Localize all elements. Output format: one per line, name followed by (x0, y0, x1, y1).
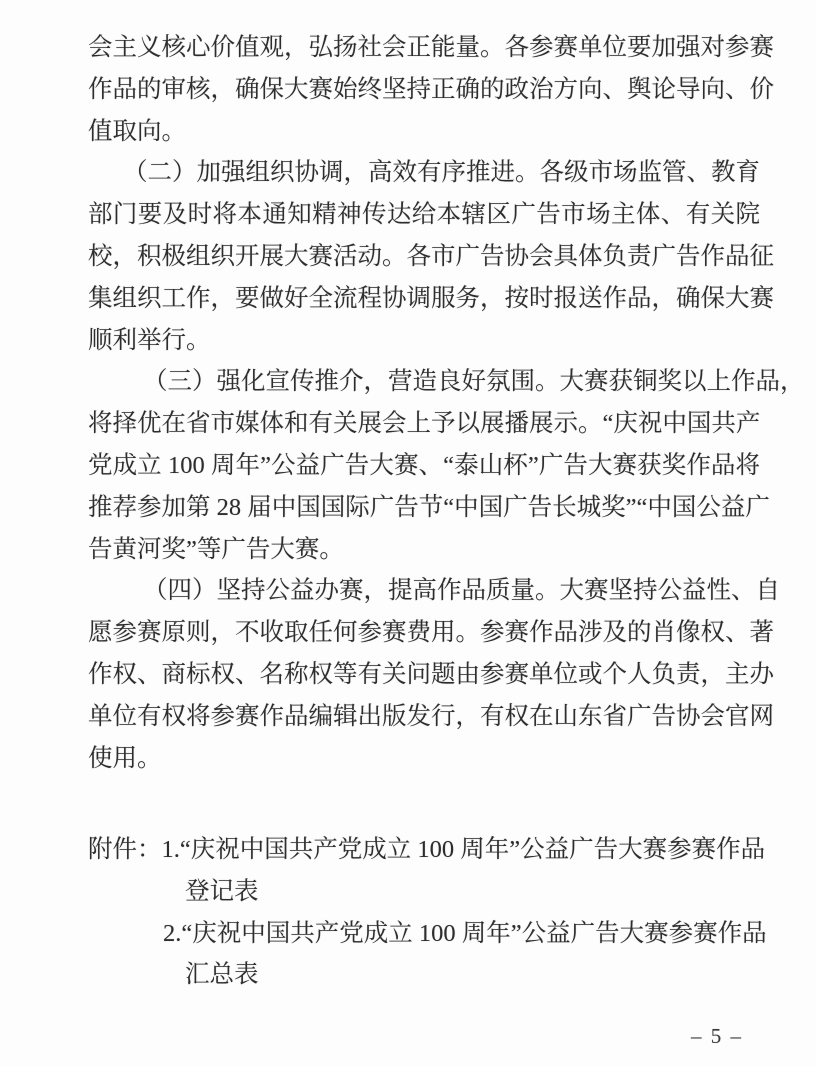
text-line: （四）坚持公益办赛，提高作品质量。大赛坚持公益性、自 (88, 570, 760, 612)
text-line: 使用。 (88, 738, 760, 780)
text-line: 部门要及时将本通知精神传达给本辖区广告市场主体、有关院 (88, 194, 760, 236)
text-line: 将择优在省市媒体和有关展会上予以展播展示。“庆祝中国共产 (88, 403, 760, 445)
text-line: （二）加强组织协调，高效有序推进。各级市场监管、教育 (88, 152, 760, 194)
text-line: 值取向。 (88, 111, 760, 153)
text-line: 顺利举行。 (88, 320, 760, 362)
text-line: 党成立 100 周年”公益广告大赛、“泰山杯”广告大赛获奖作品将 (88, 445, 760, 487)
document-page: 会主义核心价值观，弘扬社会正能量。各参赛单位要加强对参赛作品的审核，确保大赛始终… (0, 0, 816, 1066)
text-line: 推荐参加第 28 届中国国际广告节“中国广告长城奖”“中国公益广 (88, 487, 760, 529)
page-number: – 5 – (691, 1024, 743, 1049)
text-line: 单位有权将参赛作品编辑出版发行，有权在山东省广告协会官网 (88, 696, 760, 738)
text-line: 会主义核心价值观，弘扬社会正能量。各参赛单位要加强对参赛 (88, 27, 760, 69)
text-line: 登记表 (88, 871, 760, 913)
text-line: 作权、商标权、名称权等有关问题由参赛单位或个人负责，主办 (88, 654, 760, 696)
text-line: 作品的审核，确保大赛始终坚持正确的政治方向、舆论导向、价 (88, 69, 760, 111)
text-line: （三）强化宣传推介，营造良好氛围。大赛获铜奖以上作品， (88, 361, 760, 403)
text-line: 2.“庆祝中国共产党成立 100 周年”公益广告大赛参赛作品 (88, 913, 760, 955)
text-line: 附件：1.“庆祝中国共产党成立 100 周年”公益广告大赛参赛作品 (88, 829, 760, 871)
text-line: 汇总表 (88, 954, 760, 996)
text-line: 校，积极组织开展大赛活动。各市广告协会具体负责广告作品征 (88, 236, 760, 278)
text-line: 集组织工作，要做好全流程协调服务，按时报送作品，确保大赛 (88, 278, 760, 320)
text-line: 告黄河奖”等广告大赛。 (88, 529, 760, 571)
body-text-block: 会主义核心价值观，弘扬社会正能量。各参赛单位要加强对参赛作品的审核，确保大赛始终… (88, 27, 760, 779)
attachment-block: 附件：1.“庆祝中国共产党成立 100 周年”公益广告大赛参赛作品登记表2.“庆… (88, 829, 760, 996)
text-line: 愿参赛原则，不收取任何参赛费用。参赛作品涉及的肖像权、著 (88, 612, 760, 654)
